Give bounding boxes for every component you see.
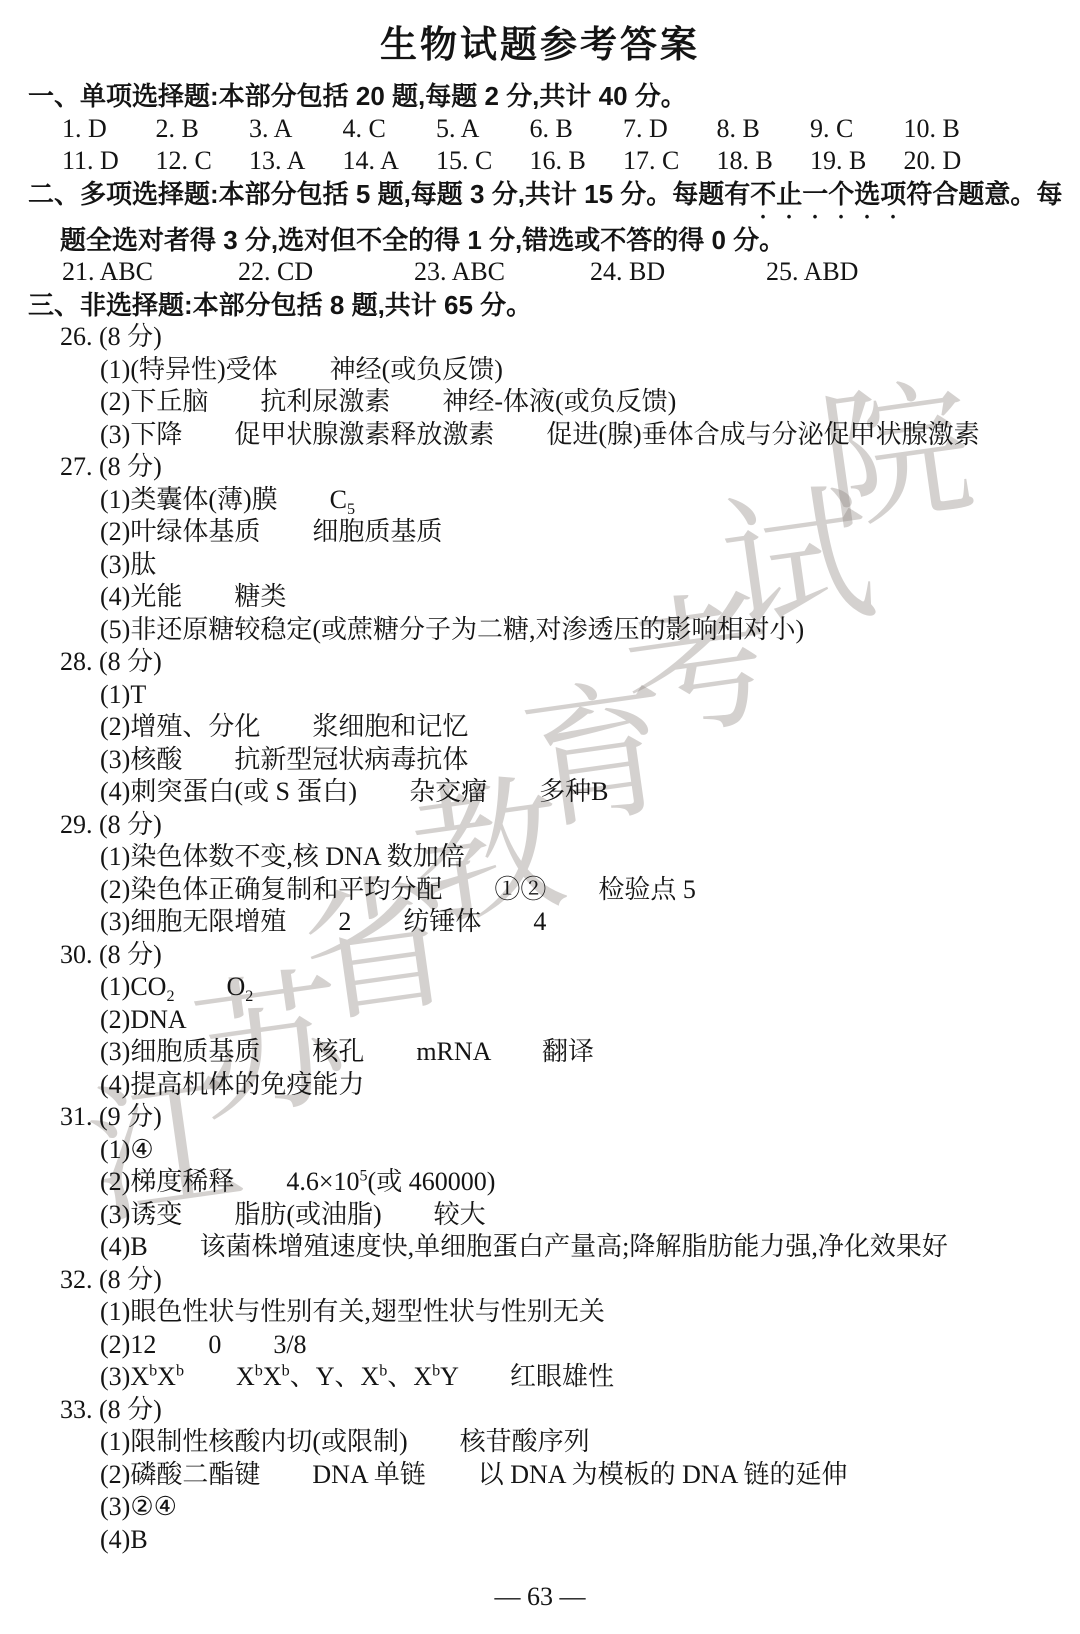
- multi-choice-answers-row: 21. ABC 22. CD 23. ABC 24. BD 25. ABD: [62, 256, 942, 289]
- question-number: 30. (8 分): [60, 939, 1080, 972]
- answer-cell: 10. B: [904, 113, 998, 146]
- question-line: (3)细胞质基质 核孔 mRNA 翻译: [100, 1036, 1080, 1069]
- question-line: (1)T: [100, 679, 1080, 712]
- question-line: (5)非还原糖较稳定(或蔗糖分子为二糖,对渗透压的影响相对小): [100, 614, 1080, 647]
- answer-cell: 16. B: [530, 145, 624, 178]
- answer-cell: 19. B: [810, 145, 904, 178]
- question-number: 27. (8 分): [60, 451, 1080, 484]
- header-text: 符合题意。每: [906, 179, 1062, 209]
- question-line: (2)12 0 3/8: [100, 1329, 1080, 1362]
- question-number: 31. (9 分): [60, 1101, 1080, 1134]
- question-line: (2)增殖、分化 浆细胞和记忆: [100, 711, 1080, 744]
- header-text: 二、多项选择题:本部分包括 5 题,每题 3 分,共计 15 分。每题有: [28, 179, 750, 209]
- answer-cell: 25. ABD: [766, 256, 942, 289]
- answer-cell: 12. C: [156, 145, 250, 178]
- question-line: (2)磷酸二酯键 DNA 单链 以 DNA 为模板的 DNA 链的延伸: [100, 1459, 1080, 1492]
- question-line: (3)XbXb XbXb、Y、Xb、XbY 红眼雄性: [100, 1361, 1080, 1394]
- answer-cell: 14. A: [343, 145, 437, 178]
- question-number: 28. (8 分): [60, 646, 1080, 679]
- answer-cell: 1. D: [62, 113, 156, 146]
- section-single-choice-header: 一、单项选择题:本部分包括 20 题,每题 2 分,共计 40 分。: [28, 80, 1080, 113]
- answer-cell: 15. C: [436, 145, 530, 178]
- question-line: (3)肽: [100, 549, 1080, 582]
- question-line: (4)刺突蛋白(或 S 蛋白) 杂交瘤 多种B: [100, 776, 1080, 809]
- answer-cell: 23. ABC: [414, 256, 590, 289]
- question-line: (4)提高机体的免疫能力: [100, 1069, 1080, 1102]
- question-line: (2)下丘脑 抗利尿激素 神经-体液(或负反馈): [100, 386, 1080, 419]
- answer-cell: 22. CD: [238, 256, 414, 289]
- single-choice-answers-row-2: 11. D 12. C 13. A 14. A 15. C 16. B 17. …: [62, 145, 997, 178]
- question-line: (3)下降 促甲状腺激素释放激素 促进(腺)垂体合成与分泌促甲状腺激素: [100, 419, 1080, 452]
- section-non-choice-header: 三、非选择题:本部分包括 8 题,共计 65 分。: [28, 289, 1080, 322]
- answer-cell: 2. B: [156, 113, 250, 146]
- answer-cell: 9. C: [810, 113, 904, 146]
- answer-cell: 7. D: [623, 113, 717, 146]
- question-line: (1)眼色性状与性别有关,翅型性状与性别无关: [100, 1296, 1080, 1329]
- answer-cell: 11. D: [62, 145, 156, 178]
- single-choice-answers-row-1: 1. D 2. B 3. A 4. C 5. A 6. B 7. D 8. B …: [62, 113, 997, 146]
- question-line: (3)核酸 抗新型冠状病毒抗体: [100, 744, 1080, 777]
- answer-cell: 6. B: [530, 113, 624, 146]
- answer-cell: 13. A: [249, 145, 343, 178]
- question-line: (3)②④: [100, 1491, 1080, 1524]
- question-line: (4)B: [100, 1524, 1080, 1557]
- page-title: 生物试题参考答案: [0, 0, 1080, 66]
- question-line: (1)染色体数不变,核 DNA 数加倍: [100, 841, 1080, 874]
- question-number: 32. (8 分): [60, 1264, 1080, 1297]
- answer-sheet-page: 江 苏 省 教 育 考 试 院 生物试题参考答案 一、单项选择题:本部分包括 2…: [0, 0, 1080, 1634]
- answer-cell: 8. B: [717, 113, 811, 146]
- question-number: 26. (8 分): [60, 321, 1080, 354]
- answer-cell: 17. C: [623, 145, 717, 178]
- question-line: (1)④: [100, 1134, 1080, 1167]
- answer-cell: 21. ABC: [62, 256, 238, 289]
- answer-cell: 5. A: [436, 113, 530, 146]
- question-line: (4)B 该菌株增殖速度快,单细胞蛋白产量高;降解脂肪能力强,净化效果好: [100, 1231, 1080, 1264]
- answer-cell: 4. C: [343, 113, 437, 146]
- page-number: — 63 —: [0, 1582, 1080, 1612]
- document-content: 生物试题参考答案 一、单项选择题:本部分包括 20 题,每题 2 分,共计 40…: [0, 0, 1080, 1556]
- question-line: (1)CO2 O2: [100, 971, 1080, 1004]
- question-line: (3)细胞无限增殖 2 纺锤体 4: [100, 906, 1080, 939]
- question-line: (4)光能 糖类: [100, 581, 1080, 614]
- question-line: (1)限制性核酸内切(或限制) 核苷酸序列: [100, 1426, 1080, 1459]
- question-line: (2)叶绿体基质 细胞质基质: [100, 516, 1080, 549]
- question-line: (2)梯度稀释 4.6×105(或 460000): [100, 1166, 1080, 1199]
- answer-cell: 20. D: [904, 145, 998, 178]
- answer-cell: 3. A: [249, 113, 343, 146]
- answer-cell: 18. B: [717, 145, 811, 178]
- question-line: (2)DNA: [100, 1004, 1080, 1037]
- question-line: (3)诱变 脂肪(或油脂) 较大: [100, 1199, 1080, 1232]
- section-multi-choice-header-line-2: 题全选对者得 3 分,选对但不全的得 1 分,错选或不答的得 0 分。: [60, 224, 1080, 257]
- question-line: (2)染色体正确复制和平均分配 ①② 检验点 5: [100, 874, 1080, 907]
- question-line: (1)(特异性)受体 神经(或负反馈): [100, 354, 1080, 387]
- question-number: 29. (8 分): [60, 809, 1080, 842]
- header-emphasized-text: 不止一个选项: [750, 179, 906, 209]
- question-number: 33. (8 分): [60, 1394, 1080, 1427]
- question-line: (1)类囊体(薄)膜 C5: [100, 484, 1080, 517]
- section-multi-choice-header-line-1: 二、多项选择题:本部分包括 5 题,每题 3 分,共计 15 分。每题有不止一个…: [28, 178, 1080, 224]
- answer-cell: 24. BD: [590, 256, 766, 289]
